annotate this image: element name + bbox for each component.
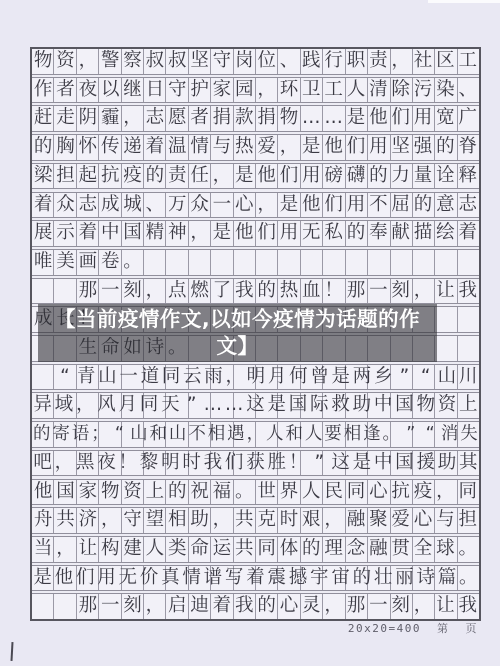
handwritten-char: 祝	[188, 483, 210, 502]
handwritten-char: 城	[121, 196, 143, 215]
handwritten-char: 体	[278, 540, 300, 559]
handwritten-char: 资	[121, 483, 143, 502]
handwritten-char: 担	[54, 167, 76, 186]
handwritten-char: 物	[32, 52, 54, 71]
handwritten-char: 让	[434, 282, 456, 301]
handwritten-char: 撼	[287, 569, 308, 588]
handwritten-char: 的	[32, 426, 51, 443]
handwritten-char: 上	[458, 396, 479, 415]
handwritten-char: 示	[54, 224, 76, 243]
handwritten-char: ，	[188, 224, 210, 243]
handwritten-char: 济	[77, 511, 99, 530]
page-prefix-label: 第	[437, 620, 450, 636]
handwritten-char: 篇	[436, 569, 457, 588]
handwritten-char: 燃	[188, 282, 210, 301]
handwritten-char: 寄	[51, 426, 70, 443]
handwritten-char: 者	[54, 81, 76, 100]
handwritten-char: 以	[99, 81, 121, 100]
handwritten-char: 与	[434, 511, 456, 530]
handwritten-char: 和	[149, 426, 168, 443]
handwritten-char: 黑	[75, 454, 96, 473]
handwritten-char: 人	[300, 483, 322, 502]
handwritten-char: 消	[440, 426, 459, 443]
handwritten-char: 警	[99, 52, 121, 71]
handwritten-char: 一	[118, 368, 139, 387]
handwritten-char: 夜	[77, 81, 99, 100]
handwritten-char: 守	[166, 81, 188, 100]
handwritten-char: 。	[382, 426, 401, 443]
handwritten-char: 爱	[255, 138, 277, 157]
handwritten-char: 阴	[77, 109, 99, 128]
handwritten-char: 磅	[322, 167, 344, 186]
handwritten-char: 域	[53, 396, 74, 415]
handwritten-char: 一	[99, 282, 121, 301]
handwritten-char: 望	[144, 511, 166, 530]
handwritten-char: 们	[322, 196, 344, 215]
handwritten-char: 情	[181, 569, 202, 588]
handwritten-char: 启	[166, 597, 188, 616]
handwritten-text: 物资，警察叔叔坚守岗位、践行职责，社区工	[32, 49, 479, 74]
handwritten-char: 相	[166, 511, 188, 530]
handwritten-char: 他	[367, 109, 389, 128]
handwritten-char: 灵	[300, 597, 322, 616]
handwritten-char: “	[110, 426, 129, 443]
handwritten-char: 类	[166, 540, 188, 559]
handwritten-char: 温	[166, 138, 188, 157]
handwritten-char: 们	[255, 224, 277, 243]
handwritten-char: 云	[182, 368, 203, 387]
handwritten-char: 礴	[345, 167, 367, 186]
handwritten-char: 着	[211, 597, 233, 616]
handwritten-char: ”	[181, 396, 202, 415]
handwritten-char: 他	[322, 138, 344, 157]
essay-row: 的胸怀传递着温情与热爱，是他们用坚强的脊	[32, 134, 479, 161]
essay-row: 那一刻，点燃了我的热血！那一刻，让我	[32, 278, 479, 305]
handwritten-char: 献	[390, 224, 412, 243]
handwritten-char: 热	[278, 282, 300, 301]
handwritten-char: 位	[255, 52, 277, 71]
essay-row: 物资，警察叔叔坚守岗位、践行职责，社区工	[32, 49, 479, 75]
handwritten-char: 的	[367, 167, 389, 186]
handwritten-char: 察	[121, 52, 143, 71]
handwritten-char: 风	[96, 396, 117, 415]
handwritten-char: 描	[412, 224, 434, 243]
handwritten-char: 。	[457, 540, 479, 559]
handwritten-char: 心	[367, 483, 389, 502]
handwritten-char: 青	[76, 368, 97, 387]
essay-row: 异域，风月同天”……这是国际救助中国物资上	[32, 392, 479, 419]
handwritten-char: 点	[166, 282, 188, 301]
handwritten-char: 同	[457, 483, 479, 502]
handwritten-char: 们	[224, 454, 245, 473]
title-overlay-banner: 【当前疫情作文,以如今疫情为话题的作文】	[38, 304, 437, 362]
handwritten-char: 们	[278, 167, 300, 186]
handwritten-char: 着	[457, 224, 479, 243]
handwritten-char: 怀	[77, 138, 99, 157]
handwritten-char: 同	[345, 483, 367, 502]
handwritten-text: 的胸怀传递着温情与热爱，是他们用坚强的脊	[32, 135, 479, 160]
handwritten-char: 力	[390, 167, 412, 186]
essay-title: 【当前疫情作文,以如今疫情为话题的作文】	[46, 306, 429, 360]
handwritten-text: 是他们用无价真情谱写着震撼宇宙的壮丽诗篇。	[32, 566, 479, 591]
handwritten-char: 是	[278, 196, 300, 215]
handwritten-char: 志	[144, 109, 166, 128]
handwritten-char: 明	[245, 368, 266, 387]
handwritten-char: 明	[160, 454, 181, 473]
handwritten-char: 爱	[390, 511, 412, 530]
handwritten-char: 我	[233, 282, 255, 301]
handwritten-char: 心	[278, 597, 300, 616]
handwritten-char: 、	[144, 196, 166, 215]
handwritten-char: 。	[121, 253, 143, 272]
handwritten-char: ，	[99, 511, 121, 530]
handwritten-char: 美	[54, 253, 76, 272]
handwritten-char: 价	[138, 569, 159, 588]
handwritten-char: 构	[99, 540, 121, 559]
handwritten-char: 谱	[202, 569, 223, 588]
handwritten-char: 让	[77, 540, 99, 559]
handwritten-char: 国	[394, 454, 415, 473]
handwritten-char: 雨	[203, 368, 224, 387]
handwritten-char: 万	[166, 196, 188, 215]
handwritten-char: 的	[351, 569, 372, 588]
handwritten-char: 中	[99, 224, 121, 243]
handwritten-char: 诠	[434, 167, 456, 186]
handwritten-char: 当	[32, 540, 54, 559]
handwritten-char: 真	[160, 569, 181, 588]
handwritten-char: 山	[436, 368, 457, 387]
handwritten-char: 全	[412, 540, 434, 559]
handwritten-char: 卷	[99, 253, 121, 272]
handwritten-char: 是	[266, 396, 287, 415]
handwritten-char: 用	[345, 196, 367, 215]
handwritten-char: 广	[457, 109, 479, 128]
handwritten-char: 奉	[367, 224, 389, 243]
handwritten-char: ，	[278, 138, 300, 157]
essay-row: 展示着中国精神，是他们用无私的奉献描绘着	[32, 220, 479, 247]
handwritten-char: 吧	[32, 454, 53, 473]
handwritten-char: 时	[278, 511, 300, 530]
handwritten-char: 黎	[138, 454, 159, 473]
handwritten-char: ，	[412, 597, 434, 616]
handwritten-char: …	[322, 109, 344, 128]
handwritten-char: 人	[304, 426, 323, 443]
handwritten-char: ”	[401, 426, 420, 443]
handwritten-char: 刻	[390, 282, 412, 301]
handwritten-char: 卫	[300, 81, 322, 100]
handwritten-char: ，	[255, 81, 277, 100]
handwritten-char: 他	[53, 569, 74, 588]
handwritten-char: 区	[434, 52, 456, 71]
handwritten-char: 坚	[390, 138, 412, 157]
handwritten-char: 月	[117, 396, 138, 415]
handwritten-char: 遇	[226, 426, 245, 443]
handwritten-char: 款	[233, 109, 255, 128]
handwritten-char: ，	[246, 426, 265, 443]
essay-row: 当，让构建人类命运共同体的理念融贯全球。	[32, 536, 479, 563]
handwritten-char: 清	[367, 81, 389, 100]
handwritten-char: 污	[412, 81, 434, 100]
essay-row: 作者夜以继日守护家园，环卫工人清除污染、	[32, 77, 479, 104]
handwritten-char: 了	[211, 282, 233, 301]
handwritten-text: 那一刻，点燃了我的热血！那一刻，让我	[32, 279, 479, 304]
handwritten-char: 逢	[362, 426, 381, 443]
handwritten-char: ，	[75, 396, 96, 415]
handwritten-char: 不	[367, 196, 389, 215]
handwritten-text: 那一刻，启迪着我的心灵，那一刻，让我	[32, 594, 479, 619]
handwritten-char: 山	[168, 426, 187, 443]
handwritten-char: 运	[211, 540, 233, 559]
handwritten-char: 艰	[300, 511, 322, 530]
handwritten-char: 者	[188, 109, 210, 128]
handwritten-char: ”	[394, 368, 415, 387]
handwritten-char: 、	[278, 52, 300, 71]
handwritten-char: 画	[77, 253, 99, 272]
handwritten-char: 精	[144, 224, 166, 243]
handwritten-char: 践	[300, 52, 322, 71]
handwritten-char: 其	[458, 454, 479, 473]
handwritten-char: 一	[367, 597, 389, 616]
handwritten-char: ，	[121, 109, 143, 128]
handwritten-char: ；	[90, 426, 109, 443]
essay-row: 舟共济，守望相助，共克时艰，融聚爱心与担	[32, 507, 479, 534]
handwritten-char: 着	[144, 138, 166, 157]
handwritten-char: 国	[54, 483, 76, 502]
handwritten-char: 用	[96, 569, 117, 588]
photo-edge-sliver	[428, 0, 500, 3]
handwritten-char: 是	[211, 224, 233, 243]
handwritten-char: ，	[53, 454, 74, 473]
handwritten-char: 融	[345, 511, 367, 530]
handwritten-char: 和	[284, 426, 303, 443]
handwritten-char: 我	[457, 597, 479, 616]
handwritten-char: 们	[345, 138, 367, 157]
handwritten-char: 递	[121, 138, 143, 157]
essay-row: 吧，黑夜！黎明时我们获胜！”这是中国援助其	[32, 450, 479, 477]
handwritten-char: 刻	[390, 597, 412, 616]
handwritten-char: ，	[77, 52, 99, 71]
handwritten-char: 我	[457, 282, 479, 301]
handwritten-char: 建	[121, 540, 143, 559]
handwritten-char: 走	[54, 109, 76, 128]
handwritten-char: 心	[412, 511, 434, 530]
handwritten-text: 吧，黑夜！黎明时我们获胜！”这是中国援助其	[32, 451, 479, 476]
handwritten-char: 的	[300, 540, 322, 559]
handwritten-char: 福	[211, 483, 233, 502]
handwritten-char: 理	[322, 540, 344, 559]
handwritten-char: 克	[255, 511, 277, 530]
handwritten-char: 要	[323, 426, 342, 443]
handwritten-char: 异	[32, 396, 53, 415]
handwritten-char: 无	[117, 569, 138, 588]
handwritten-char: 资	[54, 52, 76, 71]
handwritten-char: 际	[309, 396, 330, 415]
handwritten-char: 除	[390, 81, 412, 100]
essay-row: 他国家物资上的祝福。世界人民同心抗疫，同	[32, 479, 479, 506]
handwritten-char: 的	[255, 282, 277, 301]
handwritten-char: 民	[322, 483, 344, 502]
handwritten-char: 一	[367, 282, 389, 301]
handwritten-char: 愿	[166, 109, 188, 128]
handwritten-char: 同	[255, 540, 277, 559]
handwritten-char: 人	[265, 426, 284, 443]
handwritten-char: 家	[211, 81, 233, 100]
handwritten-char: 念	[345, 540, 367, 559]
handwritten-char: 染	[434, 81, 456, 100]
handwritten-char: 量	[412, 167, 434, 186]
grid-spec-label: 20x20=400	[348, 622, 421, 635]
handwritten-char: 梁	[32, 167, 54, 186]
handwritten-char: ！	[287, 454, 308, 473]
handwritten-text: 他国家物资上的祝福。世界人民同心抗疫，同	[32, 480, 479, 505]
handwritten-char: 与	[211, 138, 233, 157]
essay-row: “青山一道同云雨，明月何曾是两乡”“山川	[32, 364, 479, 391]
handwritten-char: ，	[390, 52, 412, 71]
handwritten-char: …	[224, 396, 245, 415]
handwritten-char: 坚	[188, 52, 210, 71]
essay-row: 赶走阴霾，志愿者捐款捐物……是他们用宽广	[32, 105, 479, 132]
handwritten-text: “青山一道同云雨，明月何曾是两乡”“山川	[32, 365, 479, 390]
handwritten-char: 家	[77, 483, 99, 502]
handwritten-char: 护	[188, 81, 210, 100]
handwritten-text: 展示着中国精神，是他们用无私的奉献描绘着	[32, 221, 479, 246]
handwritten-char: 是	[351, 454, 372, 473]
handwritten-char: 物	[415, 396, 436, 415]
handwritten-char: 相	[207, 426, 226, 443]
handwritten-char: 人	[144, 540, 166, 559]
handwritten-char: 物	[99, 483, 121, 502]
handwritten-char: 融	[367, 540, 389, 559]
page-suffix-label: 页	[466, 620, 479, 636]
handwritten-char: 疫	[121, 167, 143, 186]
handwritten-char: 救	[330, 396, 351, 415]
essay-row: 的寄语；“山和山不相遇，人和人要相逢。”“消失	[32, 421, 479, 448]
handwritten-char: 神	[166, 224, 188, 243]
handwritten-char: 让	[434, 597, 456, 616]
handwritten-char: 中	[373, 396, 394, 415]
handwritten-char: 球	[434, 540, 456, 559]
handwritten-text: 梁担起抗疫的责任，是他们用磅礴的力量诠释	[32, 164, 479, 189]
handwritten-char: 、	[457, 81, 479, 100]
handwritten-char: 叔	[166, 52, 188, 71]
handwritten-char: 刻	[121, 597, 143, 616]
handwritten-char: 园	[233, 81, 255, 100]
handwritten-char: 天	[160, 396, 181, 415]
handwritten-char: 舟	[32, 511, 54, 530]
handwritten-char: 写	[224, 569, 245, 588]
handwritten-char: “	[54, 368, 75, 387]
handwritten-char: 作	[32, 81, 54, 100]
handwritten-char: ，	[54, 540, 76, 559]
handwritten-char: 志	[77, 196, 99, 215]
handwritten-char: 意	[434, 196, 456, 215]
handwritten-char: 道	[139, 368, 160, 387]
handwritten-char: 壮	[373, 569, 394, 588]
handwritten-char: 一	[211, 196, 233, 215]
handwritten-char: 无	[300, 224, 322, 243]
handwritten-char: ，	[211, 167, 233, 186]
handwritten-char: 社	[412, 52, 434, 71]
handwritten-char: 工	[457, 52, 479, 71]
handwritten-char: 助	[351, 396, 372, 415]
handwritten-char: 上	[144, 483, 166, 502]
handwritten-char: 脊	[457, 138, 479, 157]
handwritten-char: 着	[245, 569, 266, 588]
handwritten-char: 捐	[211, 109, 233, 128]
handwritten-char: …	[202, 396, 223, 415]
handwritten-char: 的	[32, 138, 54, 157]
essay-row: 那一刻，启迪着我的心灵，那一刻，让我	[32, 593, 479, 619]
handwritten-char: 是	[330, 368, 351, 387]
handwritten-char: 世	[255, 483, 277, 502]
essay-row: 梁担起抗疫的责任，是他们用磅礴的力量诠释	[32, 163, 479, 190]
handwritten-char: 迪	[188, 597, 210, 616]
handwritten-char: 国	[121, 224, 143, 243]
handwritten-text: 的寄语；“山和山不相遇，人和人要相逢。”“消失	[32, 422, 479, 447]
handwritten-char: “	[415, 368, 436, 387]
handwritten-char: 展	[32, 224, 54, 243]
handwritten-char: 捐	[255, 109, 277, 128]
handwritten-char: 是	[345, 109, 367, 128]
handwritten-char: ！	[322, 282, 344, 301]
handwritten-char: 是	[32, 569, 53, 588]
handwritten-char: 同	[160, 368, 181, 387]
handwritten-char: 贯	[390, 540, 412, 559]
handwritten-char: 聚	[367, 511, 389, 530]
handwritten-char: 国	[394, 396, 415, 415]
handwritten-char: 刻	[121, 282, 143, 301]
handwritten-char: 霾	[99, 109, 121, 128]
handwritten-char: 用	[278, 224, 300, 243]
handwritten-char: 他	[300, 196, 322, 215]
handwritten-char: 界	[278, 483, 300, 502]
handwritten-char: 助	[188, 511, 210, 530]
paper-footer: 20x20=400 第 页	[348, 620, 478, 636]
handwritten-char: 起	[77, 167, 99, 186]
handwritten-text: 当，让构建人类命运共同体的理念融贯全球。	[32, 537, 479, 562]
handwritten-char: 是	[233, 167, 255, 186]
handwritten-char: 这	[330, 454, 351, 473]
handwritten-char: 胸	[54, 138, 76, 157]
handwritten-char: 屈	[390, 196, 412, 215]
handwritten-char: 人	[345, 81, 367, 100]
handwritten-char: 国	[287, 396, 308, 415]
handwritten-char: 用	[367, 138, 389, 157]
handwritten-char: 唯	[32, 253, 54, 272]
handwritten-char: 中	[373, 454, 394, 473]
handwritten-char: ，	[255, 196, 277, 215]
handwritten-char: 物	[278, 109, 300, 128]
handwritten-char: 职	[345, 52, 367, 71]
handwritten-char: 血	[300, 282, 322, 301]
handwritten-char: 宇	[309, 569, 330, 588]
handwritten-char: 行	[322, 52, 344, 71]
handwritten-char: 志	[457, 196, 479, 215]
handwritten-char: 一	[99, 597, 121, 616]
handwritten-char: 的	[166, 483, 188, 502]
handwritten-char: 何	[288, 368, 309, 387]
handwritten-char: 同	[138, 396, 159, 415]
handwritten-char: 那	[345, 282, 367, 301]
handwritten-char: 众	[188, 196, 210, 215]
handwritten-char: 传	[99, 138, 121, 157]
handwritten-char: 我	[233, 597, 255, 616]
handwritten-char: …	[300, 109, 322, 128]
handwritten-char: 丽	[394, 569, 415, 588]
handwritten-char: 任	[188, 167, 210, 186]
handwritten-char: 继	[121, 81, 143, 100]
handwritten-char: 守	[121, 511, 143, 530]
